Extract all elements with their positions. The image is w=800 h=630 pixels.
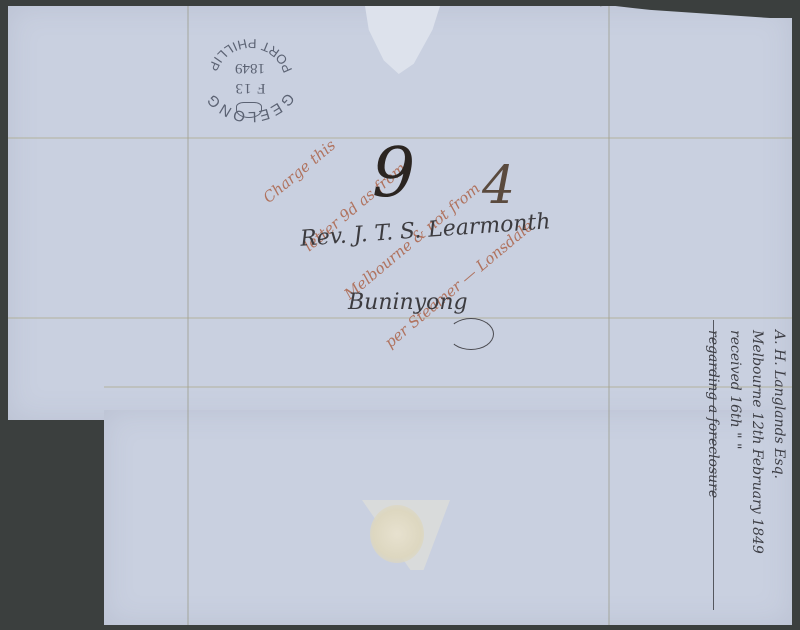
postage-charge-secondary: 4 [482, 160, 515, 212]
docket-line: regarding a foreclosure [702, 330, 724, 554]
docket-line: A. H. Langlands Esq. [768, 330, 790, 554]
docket-line: Melbourne 12th February 1849 [746, 330, 768, 554]
postage-charge-primary: 9 [372, 140, 415, 208]
fold-line-right [608, 6, 610, 625]
flourish-loop [448, 318, 494, 350]
fold-line-left [187, 6, 189, 625]
letter-sheet-lower [104, 410, 792, 625]
postmark-year: 1849 [190, 59, 310, 76]
docket: A. H. Langlands Esq. Melbourne 12th Febr… [702, 330, 790, 554]
crown-icon [236, 102, 262, 118]
addressee-place: Buninyong [348, 290, 468, 315]
fold-line-lower [104, 386, 792, 388]
docket-line: received 16th " " [724, 330, 746, 554]
wax-seal [370, 505, 424, 563]
postmark-date: F 13 [190, 79, 310, 96]
